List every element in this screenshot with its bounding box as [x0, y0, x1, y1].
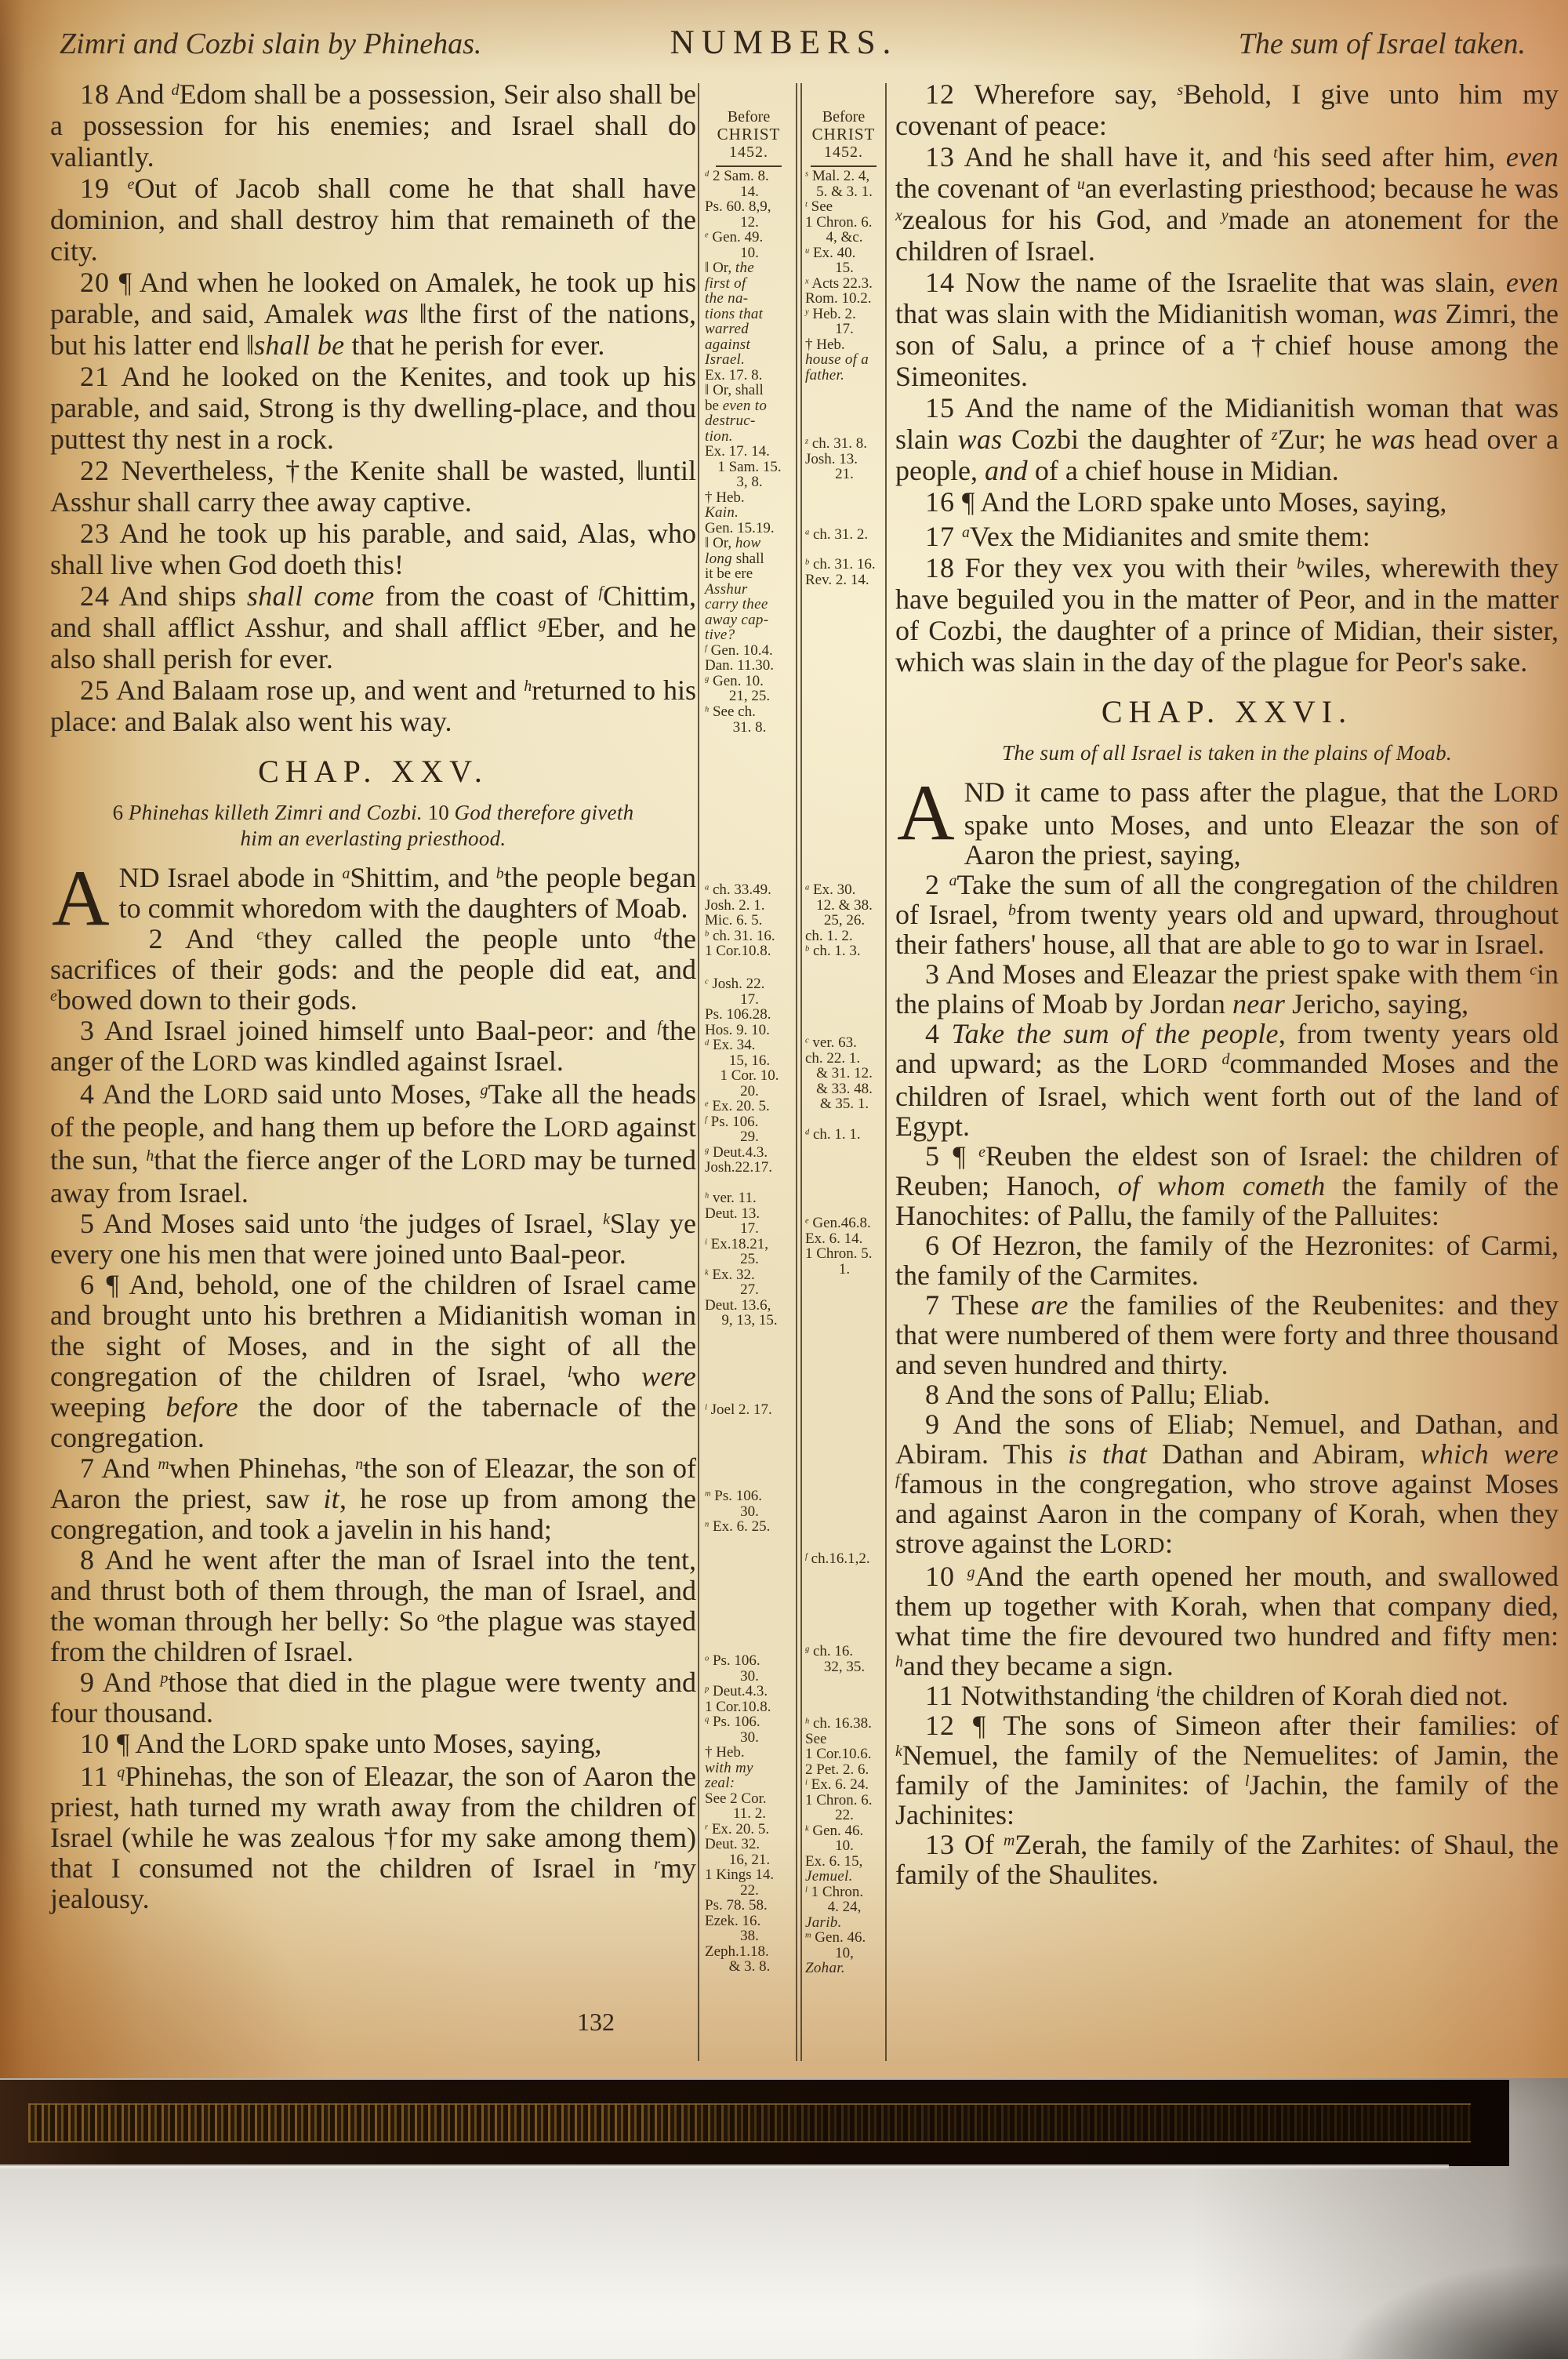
ref-line: 2 Pet. 2. 6. [805, 1762, 884, 1778]
verse-text: And the LORD said unto Moses, gTake all … [50, 1078, 696, 1209]
verse-number: 23 [80, 518, 110, 549]
verse: 8 And the sons of Pallu; Eliab. [895, 1379, 1559, 1409]
ref-line: 1 Cor. 10. [705, 1068, 794, 1084]
verse-number: 18 [925, 552, 955, 583]
ref-line: with my [705, 1761, 794, 1776]
ref-group: h See ch.31. 8. [705, 704, 794, 735]
ref-line: d Ex. 34. [705, 1038, 794, 1053]
ref-line: t See [805, 199, 884, 215]
verse-number: 25 [80, 674, 110, 706]
drop-cap: A [895, 777, 964, 845]
verse-number: 12 [925, 78, 955, 110]
ref-line: Hos. 9. 10. [705, 1023, 794, 1038]
verses-numbers-25-continued: 12 Wherefore say, sBehold, I give unto h… [895, 78, 1559, 678]
ref-line: 12. & 38. [805, 898, 884, 914]
ref-line: e Ex. 20. 5. [705, 1099, 794, 1114]
verse-text: gAnd the earth opened her mouth, and swa… [895, 1561, 1559, 1681]
verse-number: 3 [80, 1015, 95, 1046]
verse: 3 And Israel joined himself unto Baal-pe… [50, 1016, 696, 1079]
ref-group: s Mal. 2. 4,5. & 3. 1.t See1 Chron. 6.4,… [805, 169, 884, 383]
verse-text: And he took up his parable, and said, Al… [50, 518, 696, 580]
ref-line: Deut. 32. [705, 1837, 794, 1852]
verse-number: 11 [925, 1680, 954, 1711]
verse-text: And the name of the Midianitish woman th… [895, 392, 1559, 486]
ref-line: Josh.22.17. [705, 1160, 794, 1176]
verse-text: aVex the Midianites and smite them: [962, 521, 1370, 552]
verse-text: And he looked on the Kenites, and took u… [50, 361, 696, 455]
ref-line: away cap- [705, 612, 794, 628]
ref-group: d ch. 1. 1. [805, 1127, 884, 1143]
verse: 4 Take the sum of the people, from twent… [895, 1019, 1559, 1141]
ref-line: Mic. 6. 5. [705, 913, 794, 929]
ref-line: zeal: [705, 1776, 794, 1791]
ref-line: o Ps. 106. [705, 1653, 794, 1669]
ref-line: long shall [705, 551, 794, 567]
ref-line: & 31. 12. [805, 1066, 884, 1081]
column-rule [698, 83, 699, 2061]
ref-line: i Ex. 6. 24. [805, 1777, 884, 1793]
ref-line: Ps. 60. 8,9, [705, 199, 794, 215]
ref-line: 17. [705, 992, 794, 1008]
page-number: 132 [541, 2008, 651, 2037]
ref-line: † Heb. [705, 1745, 794, 1761]
ref-line: against [705, 337, 794, 353]
verse: 11 qPhinehas, the son of Eleazar, the so… [50, 1761, 696, 1914]
verse: 5 And Moses said unto ithe judges of Isr… [50, 1209, 696, 1270]
ref-line: Zohar. [805, 1961, 884, 1976]
verse-text: Notwithstanding ithe children of Korah d… [961, 1680, 1508, 1711]
era-header-rule [716, 165, 782, 167]
verse-number: 6 [80, 1269, 95, 1300]
ref-line: 30. [705, 1730, 794, 1746]
ref-line: father. [805, 368, 884, 383]
verse-text: And the sons of Eliab; Nemuel, and Datha… [895, 1408, 1559, 1559]
ref-line: 1 Cor.10.8. [705, 1699, 794, 1715]
ref-line: h ver. 11. [705, 1190, 794, 1206]
verse-number: 21 [80, 361, 110, 392]
ref-line: tions that [705, 307, 794, 322]
drop-cap: A [50, 863, 119, 930]
verse: 9 And the sons of Eliab; Nemuel, and Dat… [895, 1409, 1559, 1561]
ref-line: 20. [705, 1084, 794, 1100]
ref-line: m Ps. 106. [705, 1488, 794, 1504]
verse: 7 And mwhen Phinehas, nthe son of Eleaza… [50, 1453, 696, 1545]
ref-group: a Ex. 30.12. & 38.25, 26.ch. 1. 2.b ch. … [805, 882, 884, 959]
ref-group: c ver. 63.ch. 22. 1.& 31. 12.& 33. 48.& … [805, 1035, 884, 1112]
verse-text: And he went after the man of Israel into… [50, 1544, 696, 1667]
ref-line: 17. [705, 1221, 794, 1237]
ref-line: Josh. 2. 1. [705, 898, 794, 914]
left-text-column: 18 And dEdom shall be a possession, Seir… [50, 78, 696, 1914]
ref-line: 1 Cor.10.6. [805, 1747, 884, 1762]
ref-line: 11. 2. [705, 1806, 794, 1822]
verse-number: 4 [80, 1078, 95, 1110]
ref-group: h ch. 16.38.See1 Cor.10.6.2 Pet. 2. 6.i … [805, 1716, 884, 1976]
ref-line: See [805, 1732, 884, 1747]
verse: 12 ¶ The sons of Simeon after their fami… [895, 1710, 1559, 1830]
verse-number: 6 [925, 1230, 940, 1261]
ref-group: l Joel 2. 17. [705, 1402, 794, 1418]
ref-line: z ch. 31. 8. [805, 436, 884, 452]
ref-line: k Ex. 32. [705, 1267, 794, 1283]
verse: 17 aVex the Midianites and smite them: [895, 521, 1559, 552]
era-header-line: Before [703, 108, 794, 125]
verse-text: Of mZerah, the family of the Zarhites: o… [895, 1829, 1559, 1890]
ref-line: y Heb. 2. [805, 307, 884, 322]
verse: 7 These are the families of the Reubenit… [895, 1290, 1559, 1379]
verse-text: And cthey called the people unto dthe sa… [50, 923, 696, 1016]
ref-line: be even to [705, 398, 794, 414]
ref-line: ch. 1. 2. [805, 929, 884, 944]
ref-group: z ch. 31. 8.Josh. 13.21. [805, 436, 884, 482]
ref-line: d ch. 1. 1. [805, 1127, 884, 1143]
verse-number: 17 [925, 521, 955, 552]
ref-line: i Ex.18.21, [705, 1237, 794, 1252]
verse: 2 And cthey called the people unto dthe … [50, 924, 696, 1016]
margin-reference-column-right: Before CHRIST 1452. s Mal. 2. 4,5. & 3. … [804, 0, 884, 2085]
book-photo: Zimri and Cozbi slain by Phinehas. NUMBE… [0, 0, 1568, 2359]
verse-text: These are the families of the Reubenites… [895, 1289, 1559, 1380]
verse-text: ¶ And, behold, one of the children of Is… [50, 1269, 696, 1453]
ref-line: 38. [705, 1928, 794, 1944]
ref-line: & 33. 48. [805, 1081, 884, 1097]
ref-line: q Ps. 106. [705, 1714, 794, 1730]
era-header-line: CHRIST [804, 125, 884, 144]
ref-line: c Josh. 22. [705, 976, 794, 992]
ref-group: b ch. 31. 16.Rev. 2. 14. [805, 557, 884, 587]
ref-line: Israel. [705, 352, 794, 368]
ref-line: Kain. [705, 505, 794, 521]
ref-group: a ch. 33.49.Josh. 2. 1.Mic. 6. 5.b ch. 3… [705, 882, 794, 959]
ref-line: p Deut.4.3. [705, 1684, 794, 1699]
verse-number: 8 [80, 1544, 95, 1576]
verse-number: 16 [925, 486, 955, 518]
era-header-line: Before [804, 108, 884, 125]
ref-group: h ver. 11.Deut. 13.17.i Ex.18.21,25.k Ex… [705, 1190, 794, 1329]
ref-line: Ex. 17. 14. [705, 444, 794, 460]
ref-line: † Heb. [805, 337, 884, 353]
ref-line: Deut. 13.6, [705, 1298, 794, 1314]
ref-line: carry thee [705, 597, 794, 612]
verse-text: And pthose that died in the plague were … [50, 1667, 696, 1728]
ref-line: a Ex. 30. [805, 882, 884, 898]
ref-line: † Heb. [705, 490, 794, 506]
ref-line: 22. [805, 1808, 884, 1823]
ref-line: warred [705, 322, 794, 337]
column-rule [796, 83, 797, 2061]
ref-line: & 35. 1. [805, 1096, 884, 1112]
ref-group: g ch. 16.32, 35. [805, 1644, 884, 1674]
ref-line: 31. 8. [705, 720, 794, 736]
ref-line: it be ere [705, 566, 794, 582]
verses-numbers-26-list: 2 aTake the sum of all the congregation … [895, 870, 1559, 1889]
verse: 2 aTake the sum of all the congregation … [895, 870, 1559, 959]
ref-line: 1. [805, 1262, 884, 1278]
bible-page: Zimri and Cozbi slain by Phinehas. NUMBE… [0, 0, 1568, 2085]
column-rule [885, 83, 887, 2061]
ref-line: 17. [805, 322, 884, 337]
verse-text: And dEdom shall be a possession, Seir al… [50, 78, 696, 173]
ref-group: f ch.16.1,2. [805, 1551, 884, 1567]
ref-line: 21, 25. [705, 689, 794, 704]
verse: 18 For they vex you with their bwiles, w… [895, 552, 1559, 678]
ref-line: 1 Chron. 6. [805, 215, 884, 231]
verse: 13 And he shall have it, and this seed a… [895, 141, 1559, 267]
ref-line: a ch. 33.49. [705, 882, 794, 898]
verse: 5 ¶ eReuben the eldest son of Israel: th… [895, 1141, 1559, 1230]
verse-text: And ships shall come from the coast of f… [50, 580, 696, 674]
verse: 13 Of mZerah, the family of the Zarhites… [895, 1830, 1559, 1889]
verse-text: ¶ And the LORD spake unto Moses, saying, [962, 486, 1446, 518]
ref-line: Ps. 78. 58. [705, 1898, 794, 1914]
verses-numbers-26: AND it came to pass after the plague, th… [895, 777, 1559, 1889]
verse-number: 2 [925, 869, 940, 900]
ref-line: g Deut.4.3. [705, 1145, 794, 1161]
verse-number: 20 [80, 267, 110, 298]
verse-text: ¶ The sons of Simeon after their familie… [895, 1710, 1559, 1830]
verse-text: Now the name of the Israelite that was s… [895, 267, 1559, 392]
verse-text: And Moses said unto ithe judges of Israe… [50, 1208, 696, 1270]
verse: AND Israel abode in aShittim, and bthe p… [50, 863, 696, 924]
column-rule [800, 83, 802, 2061]
ref-line: 30. [705, 1669, 794, 1685]
verse-text: ¶ And when he looked on Amalek, he took … [50, 267, 696, 361]
verse-text: ¶ And the LORD spake unto Moses, saying, [117, 1728, 601, 1759]
ref-line: m Gen. 46. [805, 1930, 884, 1946]
ref-line: 15. [805, 260, 884, 276]
verse-number: 15 [925, 392, 955, 423]
verse-number: 3 [925, 958, 940, 990]
ref-line: 3, 8. [705, 474, 794, 490]
ref-line: 30. [705, 1504, 794, 1520]
verse-number: 19 [80, 173, 110, 204]
verse-number: 8 [925, 1379, 940, 1410]
verse-text: aTake the sum of all the congregation of… [895, 869, 1559, 960]
ref-line: ‖ Or, how [705, 536, 794, 551]
ref-line: See 2 Cor. [705, 1791, 794, 1807]
verse: 10 gAnd the earth opened her mouth, and … [895, 1561, 1559, 1681]
verse: AND it came to pass after the plague, th… [895, 777, 1559, 870]
ref-line: s Mal. 2. 4, [805, 169, 884, 184]
verses-numbers-25: AND Israel abode in aShittim, and bthe p… [50, 863, 696, 1914]
verse-number: 13 [925, 141, 955, 173]
ref-line: destruc- [705, 413, 794, 429]
ref-line: a ch. 31. 2. [805, 527, 884, 543]
verse-number: 14 [925, 267, 955, 298]
verse-number: 13 [925, 1829, 955, 1860]
verse: 14 Now the name of the Israelite that wa… [895, 267, 1559, 392]
ref-line: first of [705, 276, 794, 292]
running-head-left: Zimri and Cozbi slain by Phinehas. [60, 27, 481, 61]
verse-number: 5 [80, 1208, 95, 1239]
ref-line: n Ex. 6. 25. [705, 1519, 794, 1535]
verse-number: 4 [925, 1018, 940, 1049]
ref-line: 1 Cor.10.8. [705, 943, 794, 959]
verse: 21 And he looked on the Kenites, and too… [50, 361, 696, 455]
era-header: Before CHRIST 1452. [703, 108, 794, 167]
verse-number: 10 [925, 1561, 955, 1592]
ref-line: 1 Kings 14. [705, 1867, 794, 1883]
verse: 8 And he went after the man of Israel in… [50, 1545, 696, 1667]
verse: 6 ¶ And, behold, one of the children of … [50, 1270, 696, 1453]
verse-text: ND Israel abode in aShittim, and bthe pe… [119, 862, 696, 924]
ref-line: Asshur [705, 582, 794, 598]
verse: 10 ¶ And the LORD spake unto Moses, sayi… [50, 1728, 696, 1761]
verse-text: Wherefore say, sBehold, I give unto him … [895, 78, 1559, 141]
ref-line: & 3. 8. [705, 1959, 794, 1975]
verse: 6 Of Hezron, the family of the Hezronite… [895, 1230, 1559, 1290]
era-header: Before CHRIST 1452. [804, 108, 884, 167]
verse-number: 11 [80, 1761, 109, 1792]
gilt-ornament-band [28, 2103, 1471, 2143]
ref-line: k Gen. 46. [805, 1823, 884, 1839]
verse-text: ND it came to pass after the plague, tha… [964, 776, 1559, 871]
ref-line: 15, 16. [705, 1053, 794, 1069]
verse-text: Take the sum of the people, from twenty … [895, 1018, 1559, 1142]
verse: 19 eOut of Jacob shall come he that shal… [50, 173, 696, 267]
verse-number: 24 [80, 580, 110, 612]
era-header-line: 1452. [703, 144, 794, 162]
ref-line: 32, 35. [805, 1659, 884, 1675]
running-head-right: The sum of Israel taken. [1239, 27, 1526, 61]
ref-line: b ch. 31. 16. [705, 929, 794, 944]
ref-line: 1 Chron. 6. [805, 1793, 884, 1808]
ref-line: l 1 Chron. [805, 1885, 884, 1900]
ref-line: e Gen.46.8. [805, 1216, 884, 1231]
ref-line: ‖ Or, the [705, 260, 794, 276]
ref-line: x Acts 22.3. [805, 276, 884, 292]
ref-group: d 2 Sam. 8.14.Ps. 60. 8,9,12.e Gen. 49.1… [705, 169, 794, 704]
ref-line: 10, [805, 1946, 884, 1961]
ref-line: 21. [805, 467, 884, 482]
ref-line: tive? [705, 627, 794, 643]
ref-line: Rev. 2. 14. [805, 572, 884, 588]
ref-line: 1 Sam. 15. [705, 460, 794, 475]
chapter-summary-xxv: 6 Phinehas killeth Zimri and Cozbi. 10 G… [107, 800, 640, 852]
verse-text: And Israel joined himself unto Baal-peor… [50, 1015, 696, 1077]
ref-line: 12. [705, 215, 794, 231]
verse: 16 ¶ And the LORD spake unto Moses, sayi… [895, 486, 1559, 521]
ref-line: 4. 24, [805, 1899, 884, 1915]
ref-line: 1 Chron. 5. [805, 1246, 884, 1262]
ref-line: b ch. 1. 3. [805, 943, 884, 959]
book-cover-edge [0, 2080, 1509, 2166]
ref-line: Zeph.1.18. [705, 1944, 794, 1960]
ref-line: 25. [705, 1252, 794, 1267]
verse-number: 18 [80, 78, 110, 110]
ref-line: Josh. 13. [805, 452, 884, 467]
ref-line: b ch. 31. 16. [805, 557, 884, 572]
verse-text: And mwhen Phinehas, nthe son of Eleazar,… [50, 1452, 696, 1545]
ref-line: 29. [705, 1129, 794, 1145]
verse-number: 22 [80, 455, 110, 486]
ref-line: Ezek. 16. [705, 1914, 794, 1929]
era-header-rule [811, 165, 877, 167]
verse-number: 7 [925, 1289, 940, 1321]
ref-line: tion. [705, 429, 794, 445]
verse-number: 10 [80, 1728, 110, 1759]
verse: 12 Wherefore say, sBehold, I give unto h… [895, 78, 1559, 141]
ref-group: m Ps. 106.30.n Ex. 6. 25. [705, 1488, 794, 1535]
verse-text: Nevertheless, †the Kenite shall be waste… [50, 455, 696, 518]
ref-line: 27. [705, 1282, 794, 1298]
ref-group: c Josh. 22.17.Ps. 106.28.Hos. 9. 10.d Ex… [705, 976, 794, 1176]
ref-line: c ver. 63. [805, 1035, 884, 1051]
verse-text: qPhinehas, the son of Eleazar, the son o… [50, 1761, 696, 1914]
ref-line: u Ex. 40. [805, 245, 884, 261]
ref-line: f ch.16.1,2. [805, 1551, 884, 1567]
verse-text: And the sons of Pallu; Eliab. [946, 1379, 1270, 1410]
verse: 9 And pthose that died in the plague wer… [50, 1667, 696, 1728]
ref-line: f Ps. 106. [705, 1114, 794, 1130]
chapter-heading-xxvi: CHAP. XXVI. [895, 696, 1559, 728]
ref-group: e Gen.46.8.Ex. 6. 14.1 Chron. 5.1. [805, 1216, 884, 1277]
ref-line: h See ch. [705, 704, 794, 720]
ref-line: f Gen. 10.4. [705, 643, 794, 659]
verse: 25 And Balaam rose up, and went and hret… [50, 674, 696, 737]
ref-line: g Gen. 10. [705, 674, 794, 689]
ref-line: r Ex. 20. 5. [705, 1822, 794, 1837]
ref-line: h ch. 16.38. [805, 1716, 884, 1732]
verse-number: 9 [925, 1408, 940, 1440]
ref-line: d 2 Sam. 8. [705, 169, 794, 184]
ref-line: 9, 13, 15. [705, 1313, 794, 1329]
ref-line: Jarib. [805, 1915, 884, 1931]
ref-line: ch. 22. 1. [805, 1051, 884, 1067]
verse: 23 And he took up his parable, and said,… [50, 518, 696, 580]
ref-line: house of a [805, 352, 884, 368]
ref-group: o Ps. 106.30.p Deut.4.3.1 Cor.10.8.q Ps.… [705, 1653, 794, 1975]
verse-number: 2 [149, 923, 164, 954]
verse: 18 And dEdom shall be a possession, Seir… [50, 78, 696, 173]
verse: 24 And ships shall come from the coast o… [50, 580, 696, 674]
ref-line: l Joel 2. 17. [705, 1402, 794, 1418]
verse-text: Of Hezron, the family of the Hezronites:… [895, 1230, 1559, 1291]
chapter-heading-xxv: CHAP. XXV. [50, 756, 696, 787]
verse-text: ¶ eReuben the eldest son of Israel: the … [895, 1140, 1559, 1231]
verse-number: 7 [80, 1452, 95, 1484]
ref-line: g ch. 16. [805, 1644, 884, 1659]
verse: 3 And Moses and Eleazar the priest spake… [895, 959, 1559, 1019]
ref-line: e Gen. 49. [705, 230, 794, 245]
verse-text: eOut of Jacob shall come he that shall h… [50, 173, 696, 267]
verse-text: And he shall have it, and this seed afte… [895, 141, 1559, 267]
verse: 4 And the LORD said unto Moses, gTake al… [50, 1079, 696, 1209]
verse-text: And Moses and Eleazar the priest spake w… [895, 958, 1559, 1020]
ref-line: Deut. 13. [705, 1206, 794, 1222]
verse-number: 9 [80, 1667, 95, 1698]
ref-line: Ps. 106.28. [705, 1007, 794, 1023]
ref-line: 16, 21. [705, 1852, 794, 1868]
era-header-line: CHRIST [703, 125, 794, 144]
ref-line: Jemuel. [805, 1869, 884, 1885]
verse-number: 12 [925, 1710, 955, 1741]
ref-line: Gen. 15.19. [705, 521, 794, 536]
margin-reference-column-left: Before CHRIST 1452. d 2 Sam. 8.14.Ps. 60… [703, 0, 794, 2085]
right-text-column: 12 Wherefore say, sBehold, I give unto h… [895, 78, 1559, 1889]
verse: 22 Nevertheless, †the Kenite shall be wa… [50, 455, 696, 518]
ref-line: Ex. 6. 14. [805, 1231, 884, 1247]
verse: 15 And the name of the Midianitish woman… [895, 392, 1559, 486]
ref-group: a ch. 31. 2. [805, 527, 884, 543]
verses-numbers-24: 18 And dEdom shall be a possession, Seir… [50, 78, 696, 737]
verse-text: And Balaam rose up, and went and hreturn… [50, 674, 696, 737]
ref-line: 25, 26. [805, 913, 884, 929]
verses-numbers-25-list: 2 And cthey called the people unto dthe … [50, 924, 696, 1914]
ref-line: 10. [705, 245, 794, 261]
chapter-summary-xxvi: The sum of all Israel is taken in the pl… [960, 740, 1494, 766]
ref-line: Ex. 6. 15, [805, 1854, 884, 1870]
